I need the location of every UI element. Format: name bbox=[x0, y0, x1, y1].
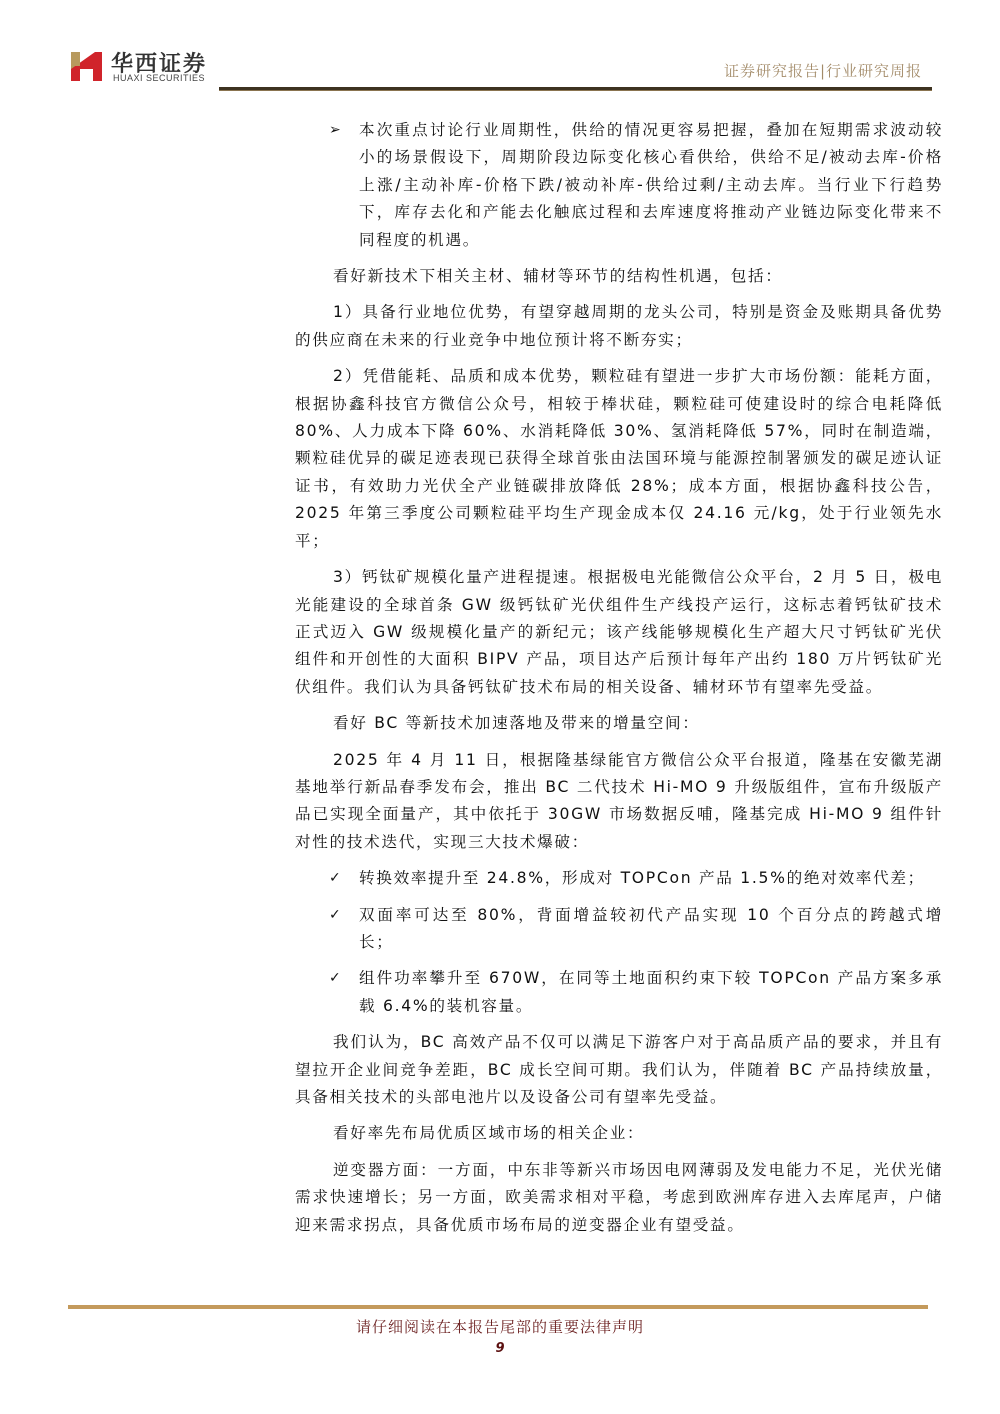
bullet-item-intro: ➢ 本次重点讨论行业周期性，供给的情况更容易把握，叠加在短期需求波动较小的场景假… bbox=[289, 117, 943, 254]
check-item: ✓ 转换效率提升至 24.8%，形成对 TOPCon 产品 1.5%的绝对效率代… bbox=[289, 865, 943, 892]
paragraph-inverter: 逆变器方面：一方面，中东非等新兴市场因电网薄弱及发电能力不足，光伏光储需求快速增… bbox=[295, 1157, 943, 1239]
paragraph-structural-opportunity: 看好新技术下相关主材、辅材等环节的结构性机遇，包括： bbox=[295, 263, 943, 290]
header-divider bbox=[219, 87, 932, 91]
paragraph-point-3: 3）钙钛矿规模化量产进程提速。根据极电光能微信公众平台，2 月 5 日，极电光能… bbox=[295, 564, 943, 701]
paragraph-point-1: 1）具备行业地位优势，有望穿越周期的龙头公司，特别是资金及账期具备优势的供应商在… bbox=[295, 299, 943, 354]
check-item-text: 组件功率攀升至 670W，在同等土地面积约束下较 TOPCon 产品方案多承载 … bbox=[359, 969, 943, 1014]
arrow-bullet-icon: ➢ bbox=[329, 117, 342, 144]
check-item: ✓ 组件功率攀升至 670W，在同等土地面积约束下较 TOPCon 产品方案多承… bbox=[289, 965, 943, 1020]
huaxi-logo-icon bbox=[69, 49, 103, 83]
paragraph-regional-heading: 看好率先布局优质区域市场的相关企业： bbox=[295, 1120, 943, 1147]
checkmark-icon: ✓ bbox=[329, 865, 342, 892]
report-body: ➢ 本次重点讨论行业周期性，供给的情况更容易把握，叠加在短期需求波动较小的场景假… bbox=[295, 117, 943, 1248]
paragraph-longi-news: 2025 年 4 月 11 日，根据隆基绿能官方微信公众平台报道，隆基在安徽芜湖… bbox=[295, 747, 943, 857]
legal-disclaimer-notice: 请仔细阅读在本报告尾部的重要法律声明 bbox=[0, 1316, 1000, 1337]
paragraph-point-2: 2）凭借能耗、品质和成本优势，颗粒硅有望进一步扩大市场份额：能耗方面，根据协鑫科… bbox=[295, 363, 943, 555]
paragraph-bc-heading: 看好 BC 等新技术加速落地及带来的增量空间： bbox=[295, 710, 943, 737]
check-item: ✓ 双面率可达至 80%，背面增益较初代产品实现 10 个百分点的跨越式增长； bbox=[289, 902, 943, 957]
report-type-label: 证券研究报告|行业研究周报 bbox=[724, 60, 922, 81]
page-number: 9 bbox=[0, 1341, 1000, 1356]
check-item-text: 转换效率提升至 24.8%，形成对 TOPCon 产品 1.5%的绝对效率代差； bbox=[359, 869, 925, 887]
bullet-text: 本次重点讨论行业周期性，供给的情况更容易把握，叠加在短期需求波动较小的场景假设下… bbox=[359, 121, 943, 249]
checkmark-icon: ✓ bbox=[329, 902, 342, 929]
footer-divider bbox=[68, 1305, 928, 1309]
checkmark-icon: ✓ bbox=[329, 965, 342, 992]
paragraph-bc-outlook: 我们认为，BC 高效产品不仅可以满足下游客户对于高品质产品的要求，并且有望拉开企… bbox=[295, 1029, 943, 1111]
brand-name-en: HUAXI SECURITIES bbox=[113, 73, 205, 83]
check-item-text: 双面率可达至 80%，背面增益较初代产品实现 10 个百分点的跨越式增长； bbox=[359, 906, 943, 951]
